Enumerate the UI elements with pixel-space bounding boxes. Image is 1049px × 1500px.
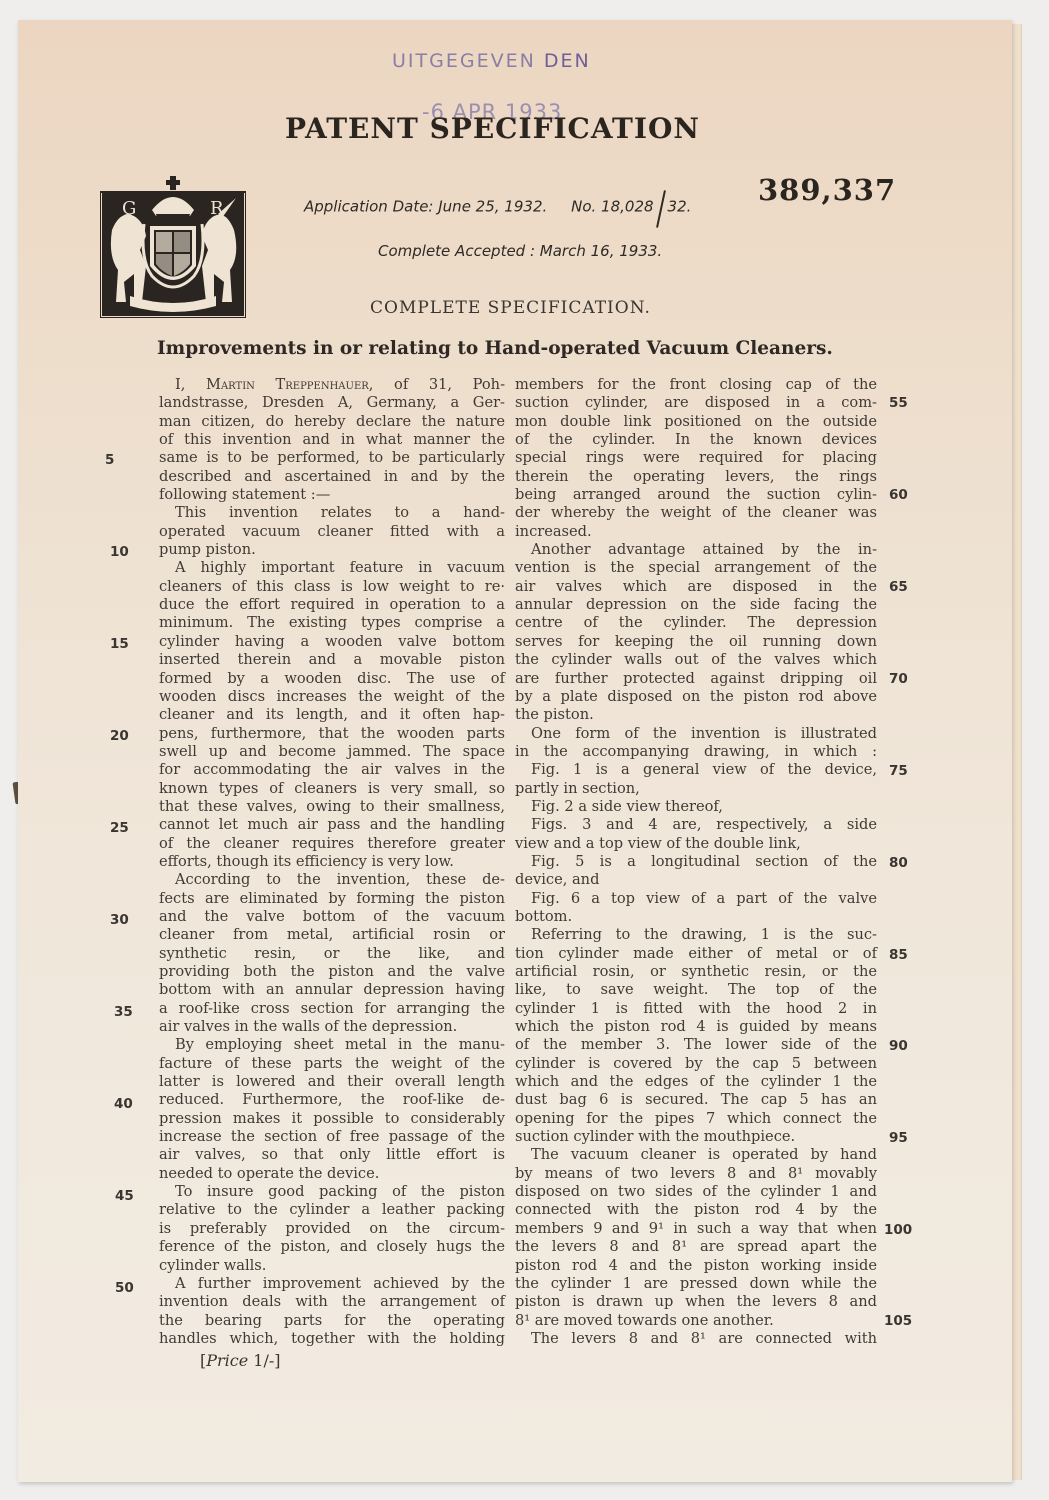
text-line: landstrasse, Dresden A, Germany, a Ger- — [159, 394, 505, 412]
text-line: 8¹ are moved towards one another. — [515, 1312, 877, 1330]
right-text-column: members for the front closing cap of the… — [515, 376, 877, 1348]
text-line: cylinder having a wooden valve bottom — [159, 633, 505, 651]
text-line: air valves, so that only little effort i… — [159, 1146, 505, 1164]
text-line: Referring to the drawing, 1 is the suc- — [515, 926, 877, 944]
text-line: that these valves, owing to their smalln… — [159, 798, 505, 816]
patent-number: 389,337 — [758, 173, 896, 207]
text-line: of the cylinder. In the known devices — [515, 431, 877, 449]
text-line: The levers 8 and 8¹ are connected with — [515, 1330, 877, 1348]
text-line: partly in section, — [515, 780, 877, 798]
stamp-text-b: DEN — [544, 50, 591, 72]
price-label: [Price 1/-] — [200, 1351, 281, 1370]
text-line: centre of the cylinder. The depression — [515, 614, 877, 632]
invention-title: Improvements in or relating to Hand-oper… — [157, 338, 833, 359]
text-line: This invention relates to a hand- — [159, 504, 505, 522]
text-line: air valves which are disposed in the — [515, 578, 877, 596]
text-line: tion cylinder made either of metal or of — [515, 945, 877, 963]
line-number: 55 — [889, 395, 908, 411]
text-line: annular depression on the side facing th… — [515, 596, 877, 614]
text-line: swell up and become jammed. The space — [159, 743, 505, 761]
text-line: being arranged around the suction cylin- — [515, 486, 877, 504]
text-line: bottom. — [515, 908, 877, 926]
text-line: bottom with an annular depression having — [159, 981, 505, 999]
text-line: cylinder walls. — [159, 1257, 505, 1275]
received-stamp: UITGEGEVEN DEN — [392, 50, 591, 72]
text-line: suction cylinder with the mouthpiece. — [515, 1128, 877, 1146]
text-line: which the piston rod 4 is guided by mean… — [515, 1018, 877, 1036]
text-line: der whereby the weight of the cleaner wa… — [515, 504, 877, 522]
text-line: device, and — [515, 871, 877, 889]
text-line: by a plate disposed on the piston rod ab… — [515, 688, 877, 706]
text-line: cylinder 1 is fitted with the hood 2 in — [515, 1000, 877, 1018]
text-line: inserted therein and a movable piston — [159, 651, 505, 669]
text-line: facture of these parts the weight of the — [159, 1055, 505, 1073]
page-title: PATENT SPECIFICATION — [285, 112, 700, 145]
text-line: the cylinder walls out of the valves whi… — [515, 651, 877, 669]
text-line: wooden discs increases the weight of the — [159, 688, 505, 706]
line-number: 90 — [889, 1038, 908, 1054]
royal-coat-of-arms-icon: G R — [100, 170, 246, 318]
text-line: duce the effort required in operation to… — [159, 596, 505, 614]
line-number: 50 — [115, 1280, 134, 1296]
text-line: the bearing parts for the operating — [159, 1312, 505, 1330]
text-line: members 9 and 9¹ in such a way that when — [515, 1220, 877, 1238]
text-line: According to the invention, these de- — [159, 871, 505, 889]
text-line: and the valve bottom of the vacuum — [159, 908, 505, 926]
text-line: invention deals with the arrangement of — [159, 1293, 505, 1311]
text-line: connected with the piston rod 4 by the — [515, 1201, 877, 1219]
text-line: operated vacuum cleaner fitted with a — [159, 523, 505, 541]
line-number: 95 — [889, 1130, 908, 1146]
text-line: By employing sheet metal in the manu- — [159, 1036, 505, 1054]
text-line: increased. — [515, 523, 877, 541]
text-line: for accommodating the air valves in the — [159, 761, 505, 779]
line-number: 15 — [110, 636, 129, 652]
text-line: disposed on two sides of the cylinder 1 … — [515, 1183, 877, 1201]
application-number: No. 18,028 — [571, 198, 653, 216]
text-line: A highly important feature in vacuum — [159, 559, 505, 577]
line-number: 25 — [110, 820, 129, 836]
text-line: the piston. — [515, 706, 877, 724]
text-line: mon double link positioned on the outsid… — [515, 413, 877, 431]
patent-page: UITGEGEVEN DEN -6 APR 1933 PATENT SPECIF… — [18, 20, 1012, 1482]
application-info: Application Date: June 25, 1932. No. 18,… — [304, 188, 691, 226]
text-line: fects are eliminated by forming the pist… — [159, 890, 505, 908]
text-line: efforts, though its efficiency is very l… — [159, 853, 505, 871]
text-line: vention is the special arrangement of th… — [515, 559, 877, 577]
line-number: 45 — [115, 1188, 134, 1204]
text-line: of the member 3. The lower side of the — [515, 1036, 877, 1054]
text-line: handles which, together with the holding — [159, 1330, 505, 1348]
text-line: of this invention and in what manner the — [159, 431, 505, 449]
text-line: are further protected against dripping o… — [515, 670, 877, 688]
line-number: 65 — [889, 579, 908, 595]
line-number: 10 — [110, 544, 129, 560]
text-line: cannot let much air pass and the handlin… — [159, 816, 505, 834]
text-line: view and a top view of the double link, — [515, 835, 877, 853]
text-line: man citizen, do hereby declare the natur… — [159, 413, 505, 431]
text-line: relative to the cylinder a leather packi… — [159, 1201, 505, 1219]
text-line: suction cylinder, are disposed in a com- — [515, 394, 877, 412]
text-line: minimum. The existing types comprise a — [159, 614, 505, 632]
line-number: 40 — [114, 1096, 133, 1112]
text-line: Fig. 2 a side view thereof, — [515, 798, 877, 816]
text-line: Fig. 5 is a longitudinal section of the — [515, 853, 877, 871]
text-line: like, to save weight. The top of the — [515, 981, 877, 999]
section-heading: COMPLETE SPECIFICATION. — [370, 298, 651, 318]
text-line: I, Martin Treppenhauer, of 31, Poh- — [159, 376, 505, 394]
line-number: 5 — [105, 452, 114, 468]
text-line: a roof-like cross section for arranging … — [159, 1000, 505, 1018]
line-number: 105 — [884, 1313, 912, 1329]
text-line: is preferably provided on the circum- — [159, 1220, 505, 1238]
slash-divider — [656, 190, 666, 228]
text-line: One form of the invention is illustrated — [515, 725, 877, 743]
text-line: therein the operating levers, the rings — [515, 468, 877, 486]
text-line: dust bag 6 is secured. The cap 5 has an — [515, 1091, 877, 1109]
application-date: Application Date: June 25, 1932. — [304, 198, 547, 216]
text-line: the cylinder 1 are pressed down while th… — [515, 1275, 877, 1293]
text-line: known types of cleaners is very small, s… — [159, 780, 505, 798]
text-line: opening for the pipes 7 which connect th… — [515, 1110, 877, 1128]
text-line: Figs. 3 and 4 are, respectively, a side — [515, 816, 877, 834]
text-line: described and ascertained in and by the — [159, 468, 505, 486]
line-number: 70 — [889, 671, 908, 687]
text-line: Fig. 6 a top view of a part of the valve — [515, 890, 877, 908]
text-line: ference of the piston, and closely hugs … — [159, 1238, 505, 1256]
line-number: 35 — [114, 1004, 133, 1020]
line-number: 80 — [889, 855, 908, 871]
text-line: members for the front closing cap of the — [515, 376, 877, 394]
text-line: A further improvement achieved by the — [159, 1275, 505, 1293]
text-line: cleaner from metal, artificial rosin or — [159, 926, 505, 944]
text-line: increase the section of free passage of … — [159, 1128, 505, 1146]
text-line: formed by a wooden disc. The use of — [159, 670, 505, 688]
text-line: pump piston. — [159, 541, 505, 559]
text-line: of the cleaner requires therefore greate… — [159, 835, 505, 853]
text-line: the levers 8 and 8¹ are spread apart the — [515, 1238, 877, 1256]
text-line: artificial rosin, or synthetic resin, or… — [515, 963, 877, 981]
text-line: synthetic resin, or the like, and — [159, 945, 505, 963]
text-line: latter is lowered and their overall leng… — [159, 1073, 505, 1091]
text-line: piston is drawn up when the levers 8 and — [515, 1293, 877, 1311]
line-number: 30 — [110, 912, 129, 928]
text-line: cleaners of this class is low weight to … — [159, 578, 505, 596]
left-text-column: I, Martin Treppenhauer, of 31, Poh- land… — [159, 376, 505, 1348]
line-number: 100 — [884, 1222, 912, 1238]
text-line: providing both the piston and the valve — [159, 963, 505, 981]
text-line: special rings were required for placing — [515, 449, 877, 467]
text-line: Another advantage attained by the in- — [515, 541, 877, 559]
price-word: Price — [206, 1351, 248, 1370]
text-line: same is to be performed, to be particula… — [159, 449, 505, 467]
text-line: reduced. Furthermore, the roof-like de- — [159, 1091, 505, 1109]
text-line: The vacuum cleaner is operated by hand — [515, 1146, 877, 1164]
text-line: which and the edges of the cylinder 1 th… — [515, 1073, 877, 1091]
text-line: by means of two levers 8 and 8¹ movably — [515, 1165, 877, 1183]
text-line: in the accompanying drawing, in which : — [515, 743, 877, 761]
text-line: pression makes it possible to considerab… — [159, 1110, 505, 1128]
text-line: serves for keeping the oil running down — [515, 633, 877, 651]
stamp-text-a: UITGEGEVEN — [392, 50, 544, 72]
text-line: pens, furthermore, that the wooden parts — [159, 725, 505, 743]
text-line: piston rod 4 and the piston working insi… — [515, 1257, 877, 1275]
price-value: 1/-] — [248, 1351, 280, 1370]
complete-accepted-date: Complete Accepted : March 16, 1933. — [378, 242, 662, 260]
line-number: 20 — [110, 728, 129, 744]
text-line: cleaner and its length, and it often hap… — [159, 706, 505, 724]
text-line: cylinder is covered by the cap 5 between — [515, 1055, 877, 1073]
text-line: needed to operate the device. — [159, 1165, 505, 1183]
text-line: following statement :— — [159, 486, 505, 504]
text-line: To insure good packing of the piston — [159, 1183, 505, 1201]
text-line: Fig. 1 is a general view of the device, — [515, 761, 877, 779]
line-number: 60 — [889, 487, 908, 503]
line-number: 75 — [889, 763, 908, 779]
text-line: air valves in the walls of the depressio… — [159, 1018, 505, 1036]
application-year: 32. — [668, 198, 692, 216]
line-number: 85 — [889, 947, 908, 963]
